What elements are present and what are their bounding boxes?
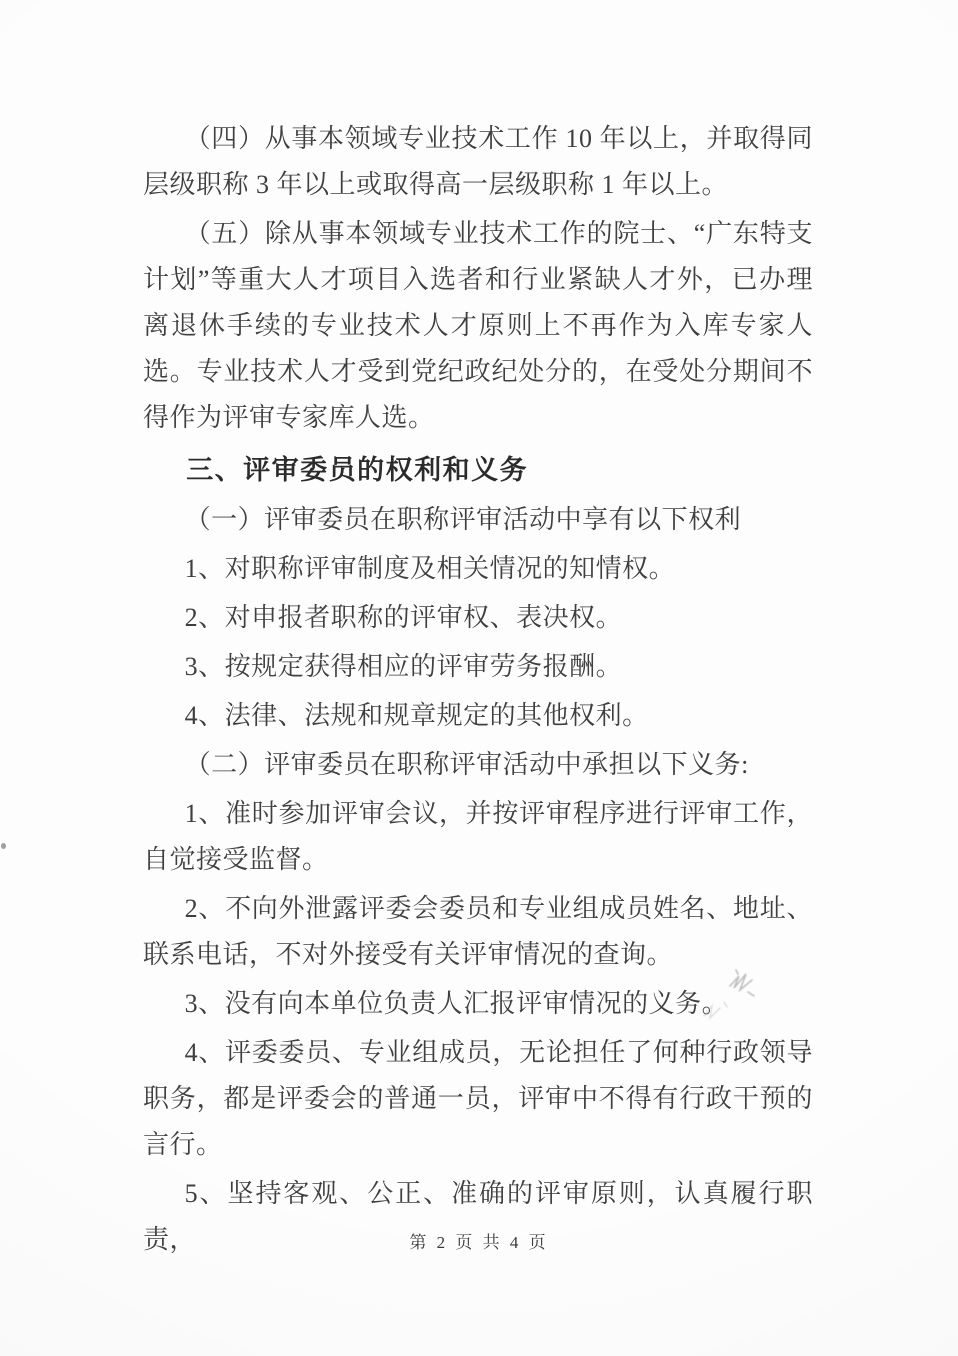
paragraph: 3、没有向本单位负责人汇报评审情况的义务。 [143,981,813,1027]
section-heading: 三、评审委员的权利和义务 [143,447,813,493]
paragraph: 1、对职称评审制度及相关情况的知情权。 [143,546,813,592]
document-body: （四）从事本领域专业技术工作 10 年以上，并取得同层级职称 3 年以上或取得高… [143,116,813,1266]
paragraph: 2、对申报者职称的评审权、表决权。 [143,595,813,641]
paragraph: （一）评审委员在职称评审活动中享有以下权利 [143,497,813,543]
paragraph: 1、准时参加评审会议，并按评审程序进行评审工作，自觉接受监督。 [143,791,813,883]
paragraph: 4、法律、法规和规章规定的其他权利。 [143,693,813,739]
scanned-document-page: （四）从事本领域专业技术工作 10 年以上，并取得同层级职称 3 年以上或取得高… [0,0,958,1356]
scan-edge-speck [1,843,6,849]
paragraph: （五）除从事本领域专业技术工作的院士、“广东特支计划”等重大人才项目入选者和行业… [143,211,813,441]
page-number-text: 第 2 页 共 4 页 [409,1233,548,1252]
paragraph: 2、不向外泄露评委会委员和专业组成员姓名、地址、联系电话，不对外接受有关评审情况… [143,886,813,978]
paragraph: （二）评审委员在职称评审活动中承担以下义务: [143,742,813,788]
paragraph: 3、按规定获得相应的评审劳务报酬。 [143,644,813,690]
paragraph: （四）从事本领域专业技术工作 10 年以上，并取得同层级职称 3 年以上或取得高… [143,116,813,208]
page-footer: 第 2 页 共 4 页 [0,1228,958,1253]
paragraph: 4、评委委员、专业组成员，无论担任了何种行政领导职务，都是评委会的普通一员，评审… [143,1030,813,1168]
